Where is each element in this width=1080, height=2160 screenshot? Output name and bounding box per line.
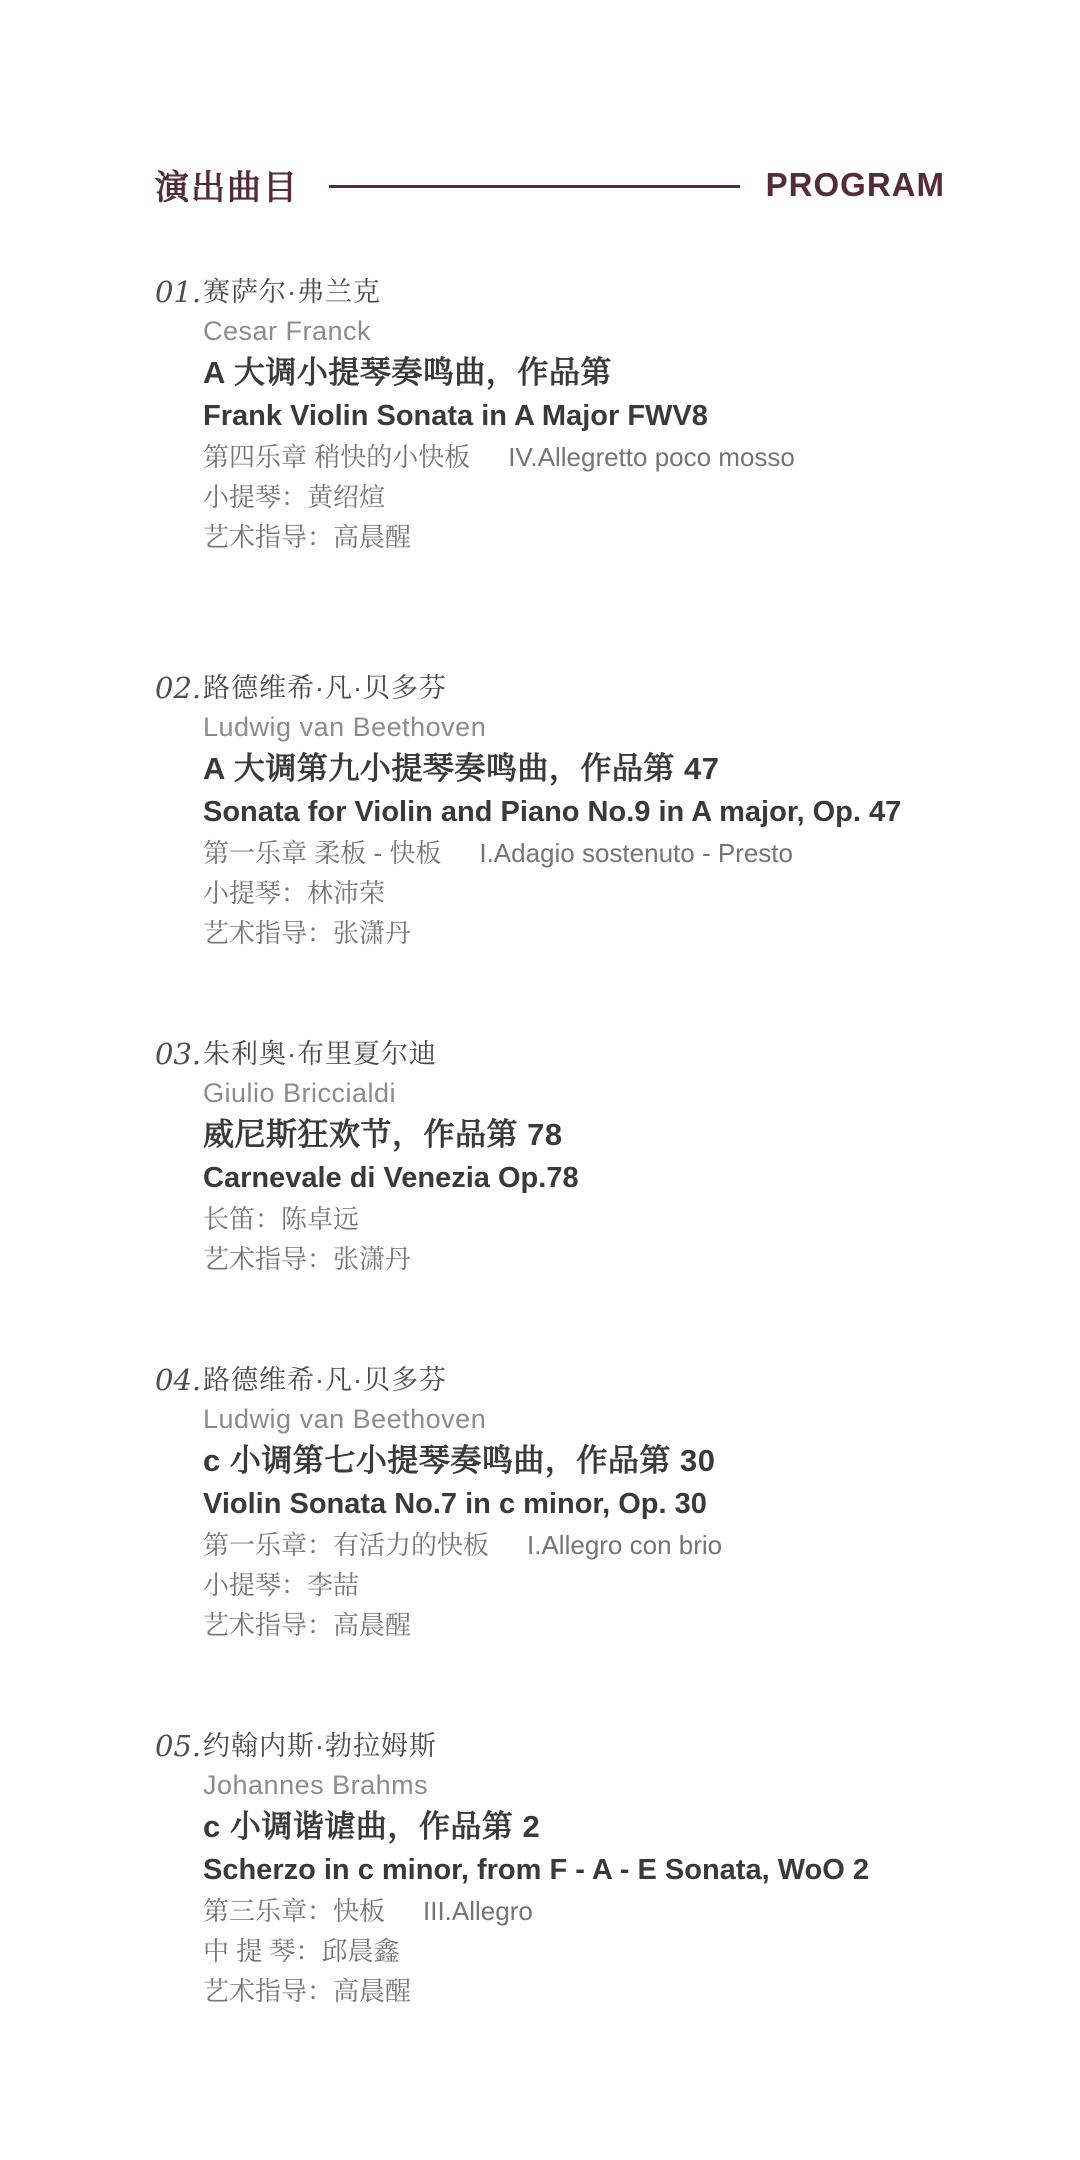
- movement-en: III.Allegro: [423, 1896, 533, 1926]
- performer-line: 中 提 琴：邱晨鑫: [203, 1931, 945, 1971]
- composer-name-zh: 朱利奥·布里夏尔迪: [203, 1035, 945, 1073]
- item-number: 03.: [155, 1035, 203, 1279]
- performer-lines: 中 提 琴：邱晨鑫艺术指导：高晨醒: [203, 1931, 945, 2011]
- performer-lines: 小提琴：林沛荣艺术指导：张潇丹: [203, 873, 945, 953]
- program-item: 04. 路德维希·凡·贝多芬 Ludwig van Beethoven c 小调…: [155, 1361, 945, 1645]
- performer-line: 小提琴：李喆: [203, 1565, 945, 1605]
- item-body: 赛萨尔·弗兰克 Cesar Franck A 大调小提琴奏鸣曲，作品第 Fran…: [203, 273, 945, 557]
- movement-zh: 第四乐章 稍快的小快板: [203, 442, 470, 472]
- composer-name-en: Ludwig van Beethoven: [203, 707, 945, 747]
- movement-zh: 第三乐章：快板: [203, 1896, 385, 1926]
- composer-name-en: Cesar Franck: [203, 311, 945, 351]
- item-body: 约翰内斯·勃拉姆斯 Johannes Brahms c 小调谐谑曲，作品第 2 …: [203, 1727, 945, 2011]
- piece-title-zh: 威尼斯狂欢节，作品第 78: [203, 1113, 945, 1157]
- composer-name-en: Johannes Brahms: [203, 1765, 945, 1805]
- movement-line: 第三乐章：快板III.Allegro: [203, 1891, 945, 1931]
- item-number: 04.: [155, 1361, 203, 1645]
- piece-title-zh: A 大调第九小提琴奏鸣曲，作品第 47: [203, 747, 945, 791]
- program-page: 演出曲目 PROGRAM 01. 赛萨尔·弗兰克 Cesar Franck A …: [0, 0, 1080, 2160]
- piece-title-en: Frank Violin Sonata in A Major FWV8: [203, 395, 945, 437]
- piece-title-zh: c 小调谐谑曲，作品第 2: [203, 1805, 945, 1849]
- program-list: 01. 赛萨尔·弗兰克 Cesar Franck A 大调小提琴奏鸣曲，作品第 …: [155, 273, 945, 2011]
- performer-line: 长笛：陈卓远: [203, 1199, 945, 1239]
- composer-name-zh: 赛萨尔·弗兰克: [203, 273, 945, 311]
- header-divider-line: [329, 185, 740, 188]
- item-number: 05.: [155, 1727, 203, 2011]
- performer-line: 艺术指导：高晨醒: [203, 1605, 945, 1645]
- piece-title-zh: A 大调小提琴奏鸣曲，作品第: [203, 351, 945, 395]
- movement-en: I.Allegro con brio: [527, 1530, 722, 1560]
- movement-zh: 第一乐章：有活力的快板: [203, 1530, 489, 1560]
- program-item: 02. 路德维希·凡·贝多芬 Ludwig van Beethoven A 大调…: [155, 669, 945, 953]
- movement-zh: 第一乐章 柔板 - 快板: [203, 838, 441, 868]
- performer-line: 小提琴：黄绍煊: [203, 477, 945, 517]
- composer-name-zh: 路德维希·凡·贝多芬: [203, 1361, 945, 1399]
- movement-en: IV.Allegretto poco mosso: [508, 442, 795, 472]
- performer-lines: 小提琴：李喆艺术指导：高晨醒: [203, 1565, 945, 1645]
- performer-lines: 小提琴：黄绍煊艺术指导：高晨醒: [203, 477, 945, 557]
- page-header: 演出曲目 PROGRAM: [155, 160, 945, 209]
- composer-name-zh: 路德维希·凡·贝多芬: [203, 669, 945, 707]
- page-title-en: PROGRAM: [766, 166, 945, 204]
- program-item: 01. 赛萨尔·弗兰克 Cesar Franck A 大调小提琴奏鸣曲，作品第 …: [155, 273, 945, 557]
- item-number: 02.: [155, 669, 203, 953]
- piece-title-en: Violin Sonata No.7 in c minor, Op. 30: [203, 1483, 945, 1525]
- performer-line: 小提琴：林沛荣: [203, 873, 945, 913]
- item-body: 路德维希·凡·贝多芬 Ludwig van Beethoven c 小调第七小提…: [203, 1361, 945, 1645]
- item-number: 01.: [155, 273, 203, 557]
- composer-name-zh: 约翰内斯·勃拉姆斯: [203, 1727, 945, 1765]
- composer-name-en: Giulio Briccialdi: [203, 1073, 945, 1113]
- page-title-zh: 演出曲目: [155, 160, 299, 209]
- performer-line: 艺术指导：高晨醒: [203, 1971, 945, 2011]
- program-item: 05. 约翰内斯·勃拉姆斯 Johannes Brahms c 小调谐谑曲，作品…: [155, 1727, 945, 2011]
- movement-line: 第四乐章 稍快的小快板IV.Allegretto poco mosso: [203, 437, 945, 477]
- movement-en: I.Adagio sostenuto - Presto: [479, 838, 793, 868]
- performer-line: 艺术指导：张潇丹: [203, 1239, 945, 1279]
- item-body: 朱利奥·布里夏尔迪 Giulio Briccialdi 威尼斯狂欢节，作品第 7…: [203, 1035, 945, 1279]
- piece-title-en: Carnevale di Venezia Op.78: [203, 1157, 945, 1199]
- program-item: 03. 朱利奥·布里夏尔迪 Giulio Briccialdi 威尼斯狂欢节，作…: [155, 1035, 945, 1279]
- item-body: 路德维希·凡·贝多芬 Ludwig van Beethoven A 大调第九小提…: [203, 669, 945, 953]
- composer-name-en: Ludwig van Beethoven: [203, 1399, 945, 1439]
- movement-line: 第一乐章 柔板 - 快板I.Adagio sostenuto - Presto: [203, 833, 945, 873]
- performer-line: 艺术指导：张潇丹: [203, 913, 945, 953]
- movement-line: 第一乐章：有活力的快板I.Allegro con brio: [203, 1525, 945, 1565]
- piece-title-en: Sonata for Violin and Piano No.9 in A ma…: [203, 791, 945, 833]
- performer-line: 艺术指导：高晨醒: [203, 517, 945, 557]
- piece-title-zh: c 小调第七小提琴奏鸣曲，作品第 30: [203, 1439, 945, 1483]
- piece-title-en: Scherzo in c minor, from F - A - E Sonat…: [203, 1849, 945, 1891]
- performer-lines: 长笛：陈卓远艺术指导：张潇丹: [203, 1199, 945, 1279]
